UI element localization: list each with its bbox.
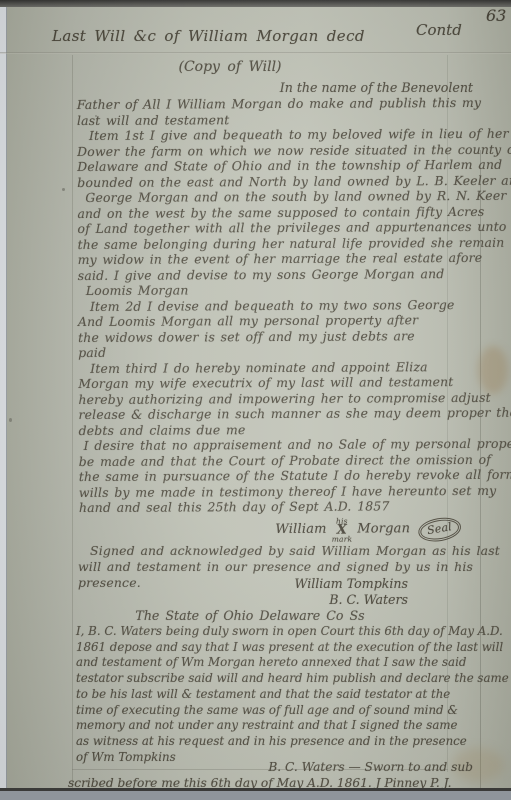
manuscript-line: to be his last will & testament and that… xyxy=(76,687,468,703)
page-number: 63 xyxy=(486,6,506,25)
signature-last-name: Morgan xyxy=(357,521,410,536)
seal-stamp: Seal xyxy=(417,514,463,543)
page-crease xyxy=(0,52,511,54)
witness-signature: B. C. Waters xyxy=(78,592,408,608)
manuscript-line: 1861 depose and say that I was present a… xyxy=(76,640,468,656)
witness-signature: William Tompkins xyxy=(78,576,408,592)
manuscript-line: Father of All I William Morgan do make a… xyxy=(77,95,459,112)
manuscript-line: Morgan my wife executrix of my last will… xyxy=(78,374,460,391)
manuscript-line: my widow in the event of her marriage th… xyxy=(78,250,460,267)
jurisdiction-heading: The State of Ohio Delaware Co Ss xyxy=(20,608,480,623)
ledger-page-photo: 63 Last Will &c of William Morgan decd C… xyxy=(0,0,511,800)
manuscript-line: I, B. C. Waters being duly sworn in open… xyxy=(76,624,468,640)
signature-first-name: William xyxy=(275,521,326,536)
manuscript-line: George Morgan and on the south by land o… xyxy=(77,188,459,205)
paper-speck xyxy=(62,188,65,191)
manuscript-line: Signed and acknowledged by said William … xyxy=(78,543,460,559)
photo-left-edge xyxy=(0,0,7,800)
testator-signature: WilliamhisXmarkMorganSeal xyxy=(79,515,461,542)
manuscript-line: wills by me made in testimony thereof I … xyxy=(79,482,461,499)
photo-top-edge xyxy=(0,0,511,7)
manuscript-line: release & discharge in such manner as sh… xyxy=(78,405,460,422)
manuscript-line: memory and not under any restraint and t… xyxy=(76,718,468,734)
sworn-statement-line: B. C. Waters — Sworn to and sub xyxy=(78,760,473,774)
manuscript-line: testator subscribe said will and heard h… xyxy=(76,671,468,687)
photo-bottom-edge xyxy=(0,788,511,800)
manuscript-line: And Loomis Morgan all my personal proper… xyxy=(78,312,460,329)
will-body: Father of All I William Morgan do make a… xyxy=(77,95,461,542)
paper-speck xyxy=(9,418,12,422)
manuscript-line: hand and seal this 25th day of Sept A.D.… xyxy=(79,498,461,515)
continued-note: Contd xyxy=(416,21,462,39)
manuscript-line: of Land together with all the privileges… xyxy=(77,219,459,236)
manuscript-line: I desire that no appraisement and no Sal… xyxy=(79,436,461,453)
paper-stain xyxy=(478,346,508,394)
manuscript-line: will and testament in our presence and s… xyxy=(78,559,460,575)
manuscript-line: time of executing the same was of full a… xyxy=(76,703,468,719)
manuscript-line: as witness at his request and in his pre… xyxy=(76,734,468,750)
opening-invocation: In the name of the Benevolent xyxy=(78,80,473,95)
manuscript-line: Delaware and State of Ohio and in the to… xyxy=(77,157,459,174)
manuscript-line: the widows dower is set off and my just … xyxy=(78,327,460,344)
probate-affidavit: I, B. C. Waters being duly sworn in open… xyxy=(76,624,468,765)
his-mark-x: hisXmark xyxy=(332,517,353,542)
manuscript-line: said. I give and devise to my sons Georg… xyxy=(78,266,460,283)
manuscript-line: Item 1st I give and bequeath to my belov… xyxy=(77,126,459,143)
manuscript-line: and testament of Wm Morgan hereto annexe… xyxy=(76,655,468,671)
witness-signatures: William Tompkins B. C. Waters xyxy=(78,576,408,607)
copy-of-will-heading: (Copy of Will) xyxy=(0,59,460,75)
left-margin-line xyxy=(72,55,73,788)
mark-label: mark xyxy=(332,535,353,542)
manuscript-line: the same in pursuance of the Statute I d… xyxy=(79,467,461,484)
page-title: Last Will &c of William Morgan decd xyxy=(52,27,365,45)
